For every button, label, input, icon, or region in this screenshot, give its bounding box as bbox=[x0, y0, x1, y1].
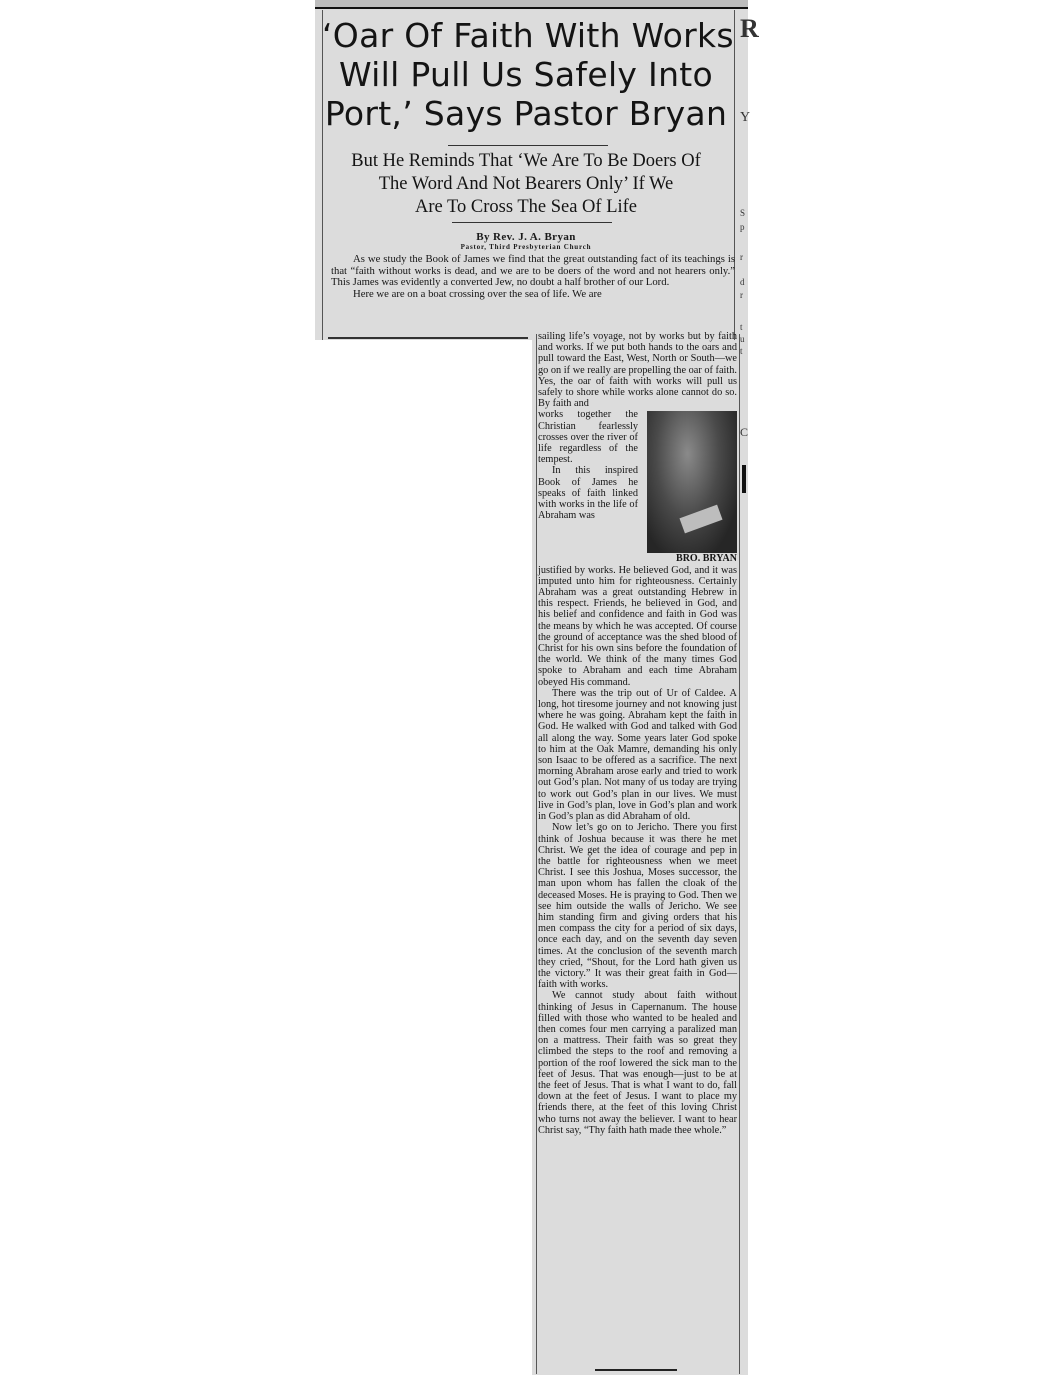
paragraph: There was the trip out of Ur of Caldee. … bbox=[538, 688, 737, 822]
section-rule bbox=[328, 337, 528, 339]
paragraph: Now let’s go on to Jericho. There you fi… bbox=[538, 822, 737, 990]
headline-line: Will Pull Us Safely Into bbox=[322, 55, 730, 94]
paragraph: justified by works. He believed God, and… bbox=[538, 565, 737, 688]
article-body-column: sailing life’s voyage, not by works but … bbox=[538, 331, 737, 1136]
subheadline-line: Are To Cross The Sea Of Life bbox=[322, 196, 730, 219]
adjacent-fragment: u bbox=[740, 334, 745, 344]
adjacent-fragment: R bbox=[740, 14, 759, 44]
paragraph: As we study the Book of James we find th… bbox=[331, 254, 735, 289]
headline: ‘Oar Of Faith With Works Will Pull Us Sa… bbox=[322, 16, 730, 133]
adjacent-fragment: p bbox=[740, 222, 745, 232]
photo-caption: BRO. BRYAN bbox=[538, 553, 737, 564]
adjacent-fragment: C bbox=[740, 425, 748, 440]
byline: By Rev. J. A. Bryan bbox=[322, 231, 730, 243]
paragraph: We cannot study about faith without thin… bbox=[538, 990, 737, 1136]
byline-title: Pastor, Third Presbyterian Church bbox=[322, 243, 730, 251]
headline-line: ‘Oar Of Faith With Works bbox=[322, 16, 730, 55]
subheadline-line: But He Reminds That ‘We Are To Be Doers … bbox=[322, 150, 730, 173]
headline-line: Port,’ Says Pastor Bryan bbox=[322, 94, 730, 133]
cut-off-masthead-strip bbox=[315, 0, 748, 7]
adjacent-fragment: t bbox=[740, 346, 743, 356]
body-right-rule bbox=[739, 334, 740, 1374]
portrait-photo bbox=[647, 411, 737, 553]
intro-text: As we study the Book of James we find th… bbox=[331, 254, 735, 300]
paragraph: sailing life’s voyage, not by works but … bbox=[538, 331, 737, 409]
paragraph: Here we are on a boat crossing over the … bbox=[331, 289, 735, 301]
subhead-divider bbox=[452, 222, 612, 223]
paragraph: In this inspired Book of James he speaks… bbox=[538, 465, 638, 521]
adjacent-column-mark bbox=[742, 465, 746, 493]
subheadline: But He Reminds That ‘We Are To Be Doers … bbox=[322, 150, 730, 219]
body-left-rule bbox=[536, 334, 537, 1374]
adjacent-fragment: r bbox=[740, 290, 743, 300]
subheadline-line: The Word And Not Bearers Only’ If We bbox=[322, 173, 730, 196]
headline-divider bbox=[448, 145, 608, 146]
adjacent-fragment: Y bbox=[740, 110, 750, 126]
paragraph: works together the Christian fearlessly … bbox=[538, 409, 638, 465]
adjacent-fragment: d bbox=[740, 277, 745, 287]
top-rule bbox=[315, 7, 748, 9]
adjacent-fragment: S bbox=[740, 208, 745, 218]
adjacent-fragment: t bbox=[740, 322, 743, 332]
article-end-rule bbox=[595, 1369, 677, 1371]
wrap-text-block: works together the Christian fearlessly … bbox=[538, 409, 638, 521]
adjacent-fragment: r bbox=[740, 252, 743, 262]
photo-collar-detail bbox=[679, 505, 722, 534]
